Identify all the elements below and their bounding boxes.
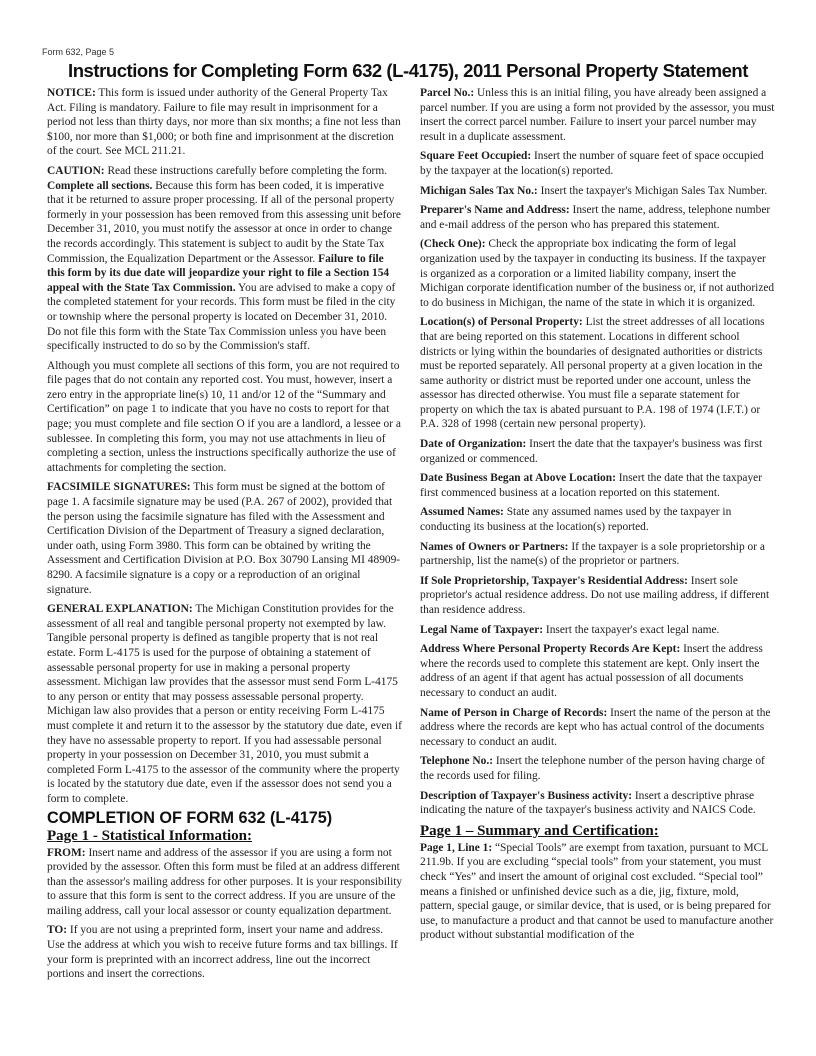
line1-paragraph: Page 1, Line 1: “Special Tools” are exem… [420,841,776,943]
instruction-item: Names of Owners or Partners: If the taxp… [420,540,776,569]
item-term: (Check One): [420,238,486,250]
item-term: Square Feet Occupied: [420,150,531,162]
from-paragraph: FROM: Insert name and address of the ass… [47,846,403,919]
to-paragraph: TO: If you are not using a preprinted fo… [47,923,403,981]
item-term: Legal Name of Taxpayer: [420,624,543,636]
facsimile-term: FACSIMILE SIGNATURES: [47,481,191,493]
instruction-item: Date Business Began at Above Location: I… [420,471,776,500]
statistical-info-heading: Page 1 - Statistical Information: [47,828,403,845]
instruction-item: Square Feet Occupied: Insert the number … [420,149,776,178]
notice-text: This form is issued under authority of t… [47,87,401,157]
summary-certification-heading: Page 1 – Summary and Certification: [420,823,776,840]
from-text: Insert name and address of the assessor … [47,847,402,917]
notice-term: NOTICE: [47,87,96,99]
to-text: If you are not using a preprinted form, … [47,924,398,980]
item-text: List the street addresses of all locatio… [420,316,765,430]
instruction-item: Description of Taxpayer's Business activ… [420,789,776,818]
to-term: TO: [47,924,67,936]
instruction-item: Legal Name of Taxpayer: Insert the taxpa… [420,623,776,638]
notice-paragraph: NOTICE: This form is issued under author… [47,86,403,159]
instruction-item: Address Where Personal Property Records … [420,642,776,700]
item-term: Name of Person in Charge of Records: [420,707,607,719]
instruction-item: Name of Person in Charge of Records: Ins… [420,706,776,750]
left-column: NOTICE: This form is issued under author… [47,86,403,987]
instruction-item: Preparer's Name and Address: Insert the … [420,203,776,232]
item-term: Names of Owners or Partners: [420,541,568,553]
caution-bold-complete: Complete all sections. [47,180,152,192]
facsimile-text: This form must be signed at the bottom o… [47,481,400,595]
item-term: Assumed Names: [420,506,504,518]
general-explanation-paragraph: GENERAL EXPLANATION: The Michigan Consti… [47,602,403,806]
caution-paragraph: CAUTION: Read these instructions careful… [47,164,403,354]
item-term: Address Where Personal Property Records … [420,643,680,655]
line1-text: “Special Tools” are exempt from taxation… [420,842,773,942]
instruction-item: Date of Organization: Insert the date th… [420,437,776,466]
although-paragraph: Although you must complete all sections … [47,359,403,476]
line1-term: Page 1, Line 1: [420,842,492,854]
general-text: The Michigan Constitution provides for t… [47,603,402,805]
caution-text: Read these instructions carefully before… [105,165,387,177]
section-heading: COMPLETION OF FORM 632 (L-4175) [47,809,403,828]
item-term: Date Business Began at Above Location: [420,472,616,484]
item-term: Telephone No.: [420,755,493,767]
item-term: If Sole Proprietorship, Taxpayer's Resid… [420,575,688,587]
page-title: Instructions for Completing Form 632 (L-… [0,60,816,82]
facsimile-paragraph: FACSIMILE SIGNATURES: This form must be … [47,480,403,597]
general-term: GENERAL EXPLANATION: [47,603,193,615]
item-term: Location(s) of Personal Property: [420,316,583,328]
caution-term: CAUTION: [47,165,105,177]
item-text: Insert the taxpayer's Michigan Sales Tax… [538,185,767,197]
item-text: Unless this is an initial filing, you ha… [420,87,774,143]
item-term: Description of Taxpayer's Business activ… [420,790,632,802]
instruction-item: (Check One): Check the appropriate box i… [420,237,776,310]
instruction-item: Telephone No.: Insert the telephone numb… [420,754,776,783]
instruction-item: Michigan Sales Tax No.: Insert the taxpa… [420,184,776,199]
item-term: Michigan Sales Tax No.: [420,185,538,197]
from-term: FROM: [47,847,86,859]
item-term: Preparer's Name and Address: [420,204,570,216]
right-column: Parcel No.: Unless this is an initial fi… [420,86,776,948]
item-term: Parcel No.: [420,87,474,99]
item-text: Insert the taxpayer's exact legal name. [543,624,719,636]
page-header: Form 632, Page 5 [42,47,114,57]
item-term: Date of Organization: [420,438,526,450]
instruction-item: Assumed Names: State any assumed names u… [420,505,776,534]
instruction-item: Location(s) of Personal Property: List t… [420,315,776,432]
instruction-item: If Sole Proprietorship, Taxpayer's Resid… [420,574,776,618]
instruction-item: Parcel No.: Unless this is an initial fi… [420,86,776,144]
